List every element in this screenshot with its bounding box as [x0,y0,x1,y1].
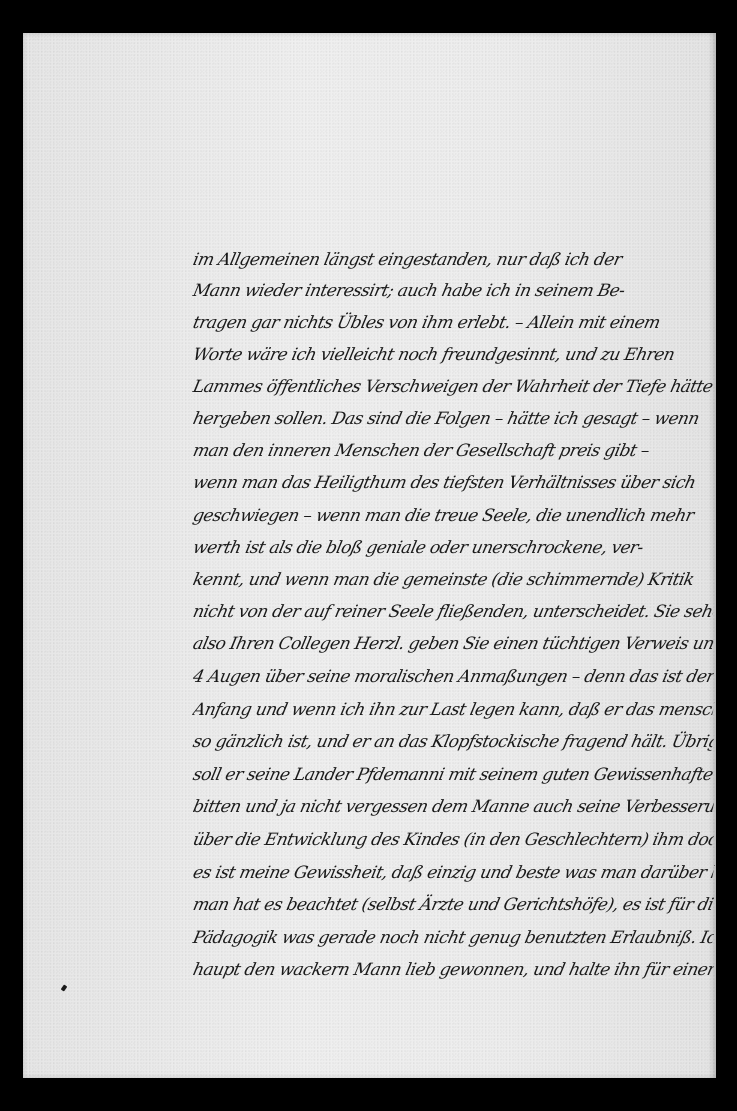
handwritten-line-8: wenn man das Heiligthum des tiefsten Ver… [190,468,716,498]
handwritten-line-11: kennt, und wenn man die gemeinste (die s… [190,565,716,595]
handwritten-line-19: über die Entwicklung des Kindes (in den … [190,825,716,855]
handwritten-line-16: so gänzlich ist, und er an das Klopfstoc… [190,727,716,757]
handwritten-line-1: im Allgemeinen längst eingestanden, nur … [190,245,716,275]
handwritten-line-21: man hat es beachtet (selbst Ärzte und Ge… [190,890,716,920]
handwritten-line-6: hergeben sollen. Das sind die Folgen – h… [190,404,716,434]
handwritten-line-14: 4 Augen über seine moralischen Anmaßunge… [190,662,716,692]
handwritten-line-2: Mann wieder interessirt; auch habe ich i… [190,276,716,306]
manuscript-page: im Allgemeinen längst eingestanden, nur … [23,33,716,1078]
handwritten-line-5: Lammes öffentliches Verschweigen der Wah… [190,372,716,402]
handwritten-line-20: es ist meine Gewissheit, daß einzig und … [190,858,716,888]
ink-mark [61,984,68,991]
handwritten-line-23: haupt den wackern Mann lieb gewonnen, un… [190,955,716,985]
handwritten-line-15: Anfang und wenn ich ihn zur Last legen k… [190,695,716,725]
handwritten-line-22: Pädagogik was gerade noch nicht genug be… [190,923,716,953]
handwritten-line-13: also Ihren Collegen Herzl. geben Sie ein… [190,629,716,659]
handwritten-line-10: werth ist als die bloß geniale oder uner… [190,533,716,563]
handwritten-line-3: tragen gar nichts Übles von ihm erlebt. … [190,308,716,338]
handwritten-line-7: man den inneren Menschen der Gesellschaf… [190,436,716,466]
handwritten-line-9: geschwiegen – wenn man die treue Seele, … [190,501,716,531]
handwritten-line-18: bitten und ja nicht vergessen dem Manne … [190,792,716,822]
handwritten-line-4: Worte wäre ich vielleicht noch freundges… [190,340,716,370]
handwritten-line-12: nicht von der auf reiner Seele fließende… [190,597,716,627]
handwritten-line-17: soll er seine Lander Pfdemanni mit seine… [190,760,716,790]
scan-background: im Allgemeinen längst eingestanden, nur … [0,0,737,1111]
